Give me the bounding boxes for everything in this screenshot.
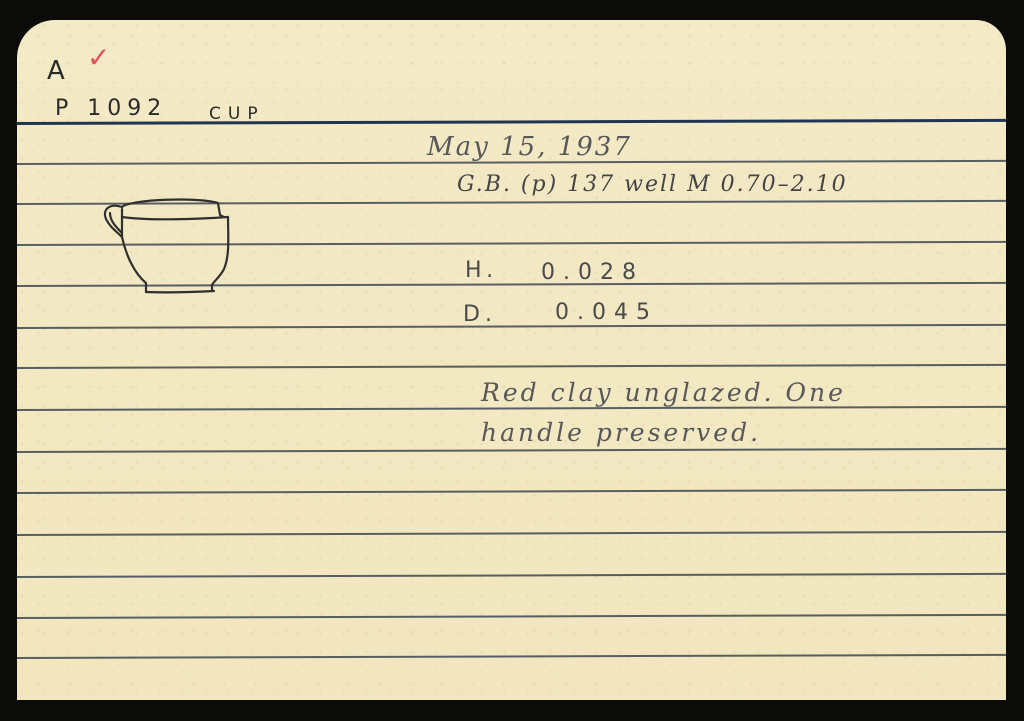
ruled-line: [17, 364, 1006, 369]
ruled-line: [17, 614, 1006, 619]
description-line-1: Red clay unglazed. One: [481, 378, 846, 407]
ruled-line: [17, 531, 1006, 536]
ruled-line: [17, 573, 1006, 578]
height-label: H.: [465, 258, 498, 283]
category-letter: A: [47, 56, 70, 86]
scan-background: A ✓ P 1092 CUP May 15, 1937 G.B. (p) 137…: [0, 0, 1024, 721]
catalog-number: P 1092: [55, 96, 167, 121]
cup-drawing-icon: [100, 195, 240, 300]
height-value: 0.028: [541, 260, 644, 285]
description-line-2: handle preserved.: [481, 418, 761, 447]
ruled-line: [17, 324, 1006, 329]
diameter-label: D.: [463, 302, 497, 327]
entry-date: May 15, 1937: [427, 132, 632, 162]
diameter-value: 0.045: [555, 300, 658, 325]
object-type: CUP: [209, 104, 265, 124]
ruled-line: [17, 654, 1006, 659]
catalog-index-card: A ✓ P 1092 CUP May 15, 1937 G.B. (p) 137…: [17, 20, 1006, 700]
red-check-mark-icon: ✓: [87, 44, 110, 72]
ruled-line: [17, 489, 1006, 494]
ruled-line: [17, 448, 1006, 453]
findspot-reference: G.B. (p) 137 well M 0.70–2.10: [457, 172, 848, 197]
